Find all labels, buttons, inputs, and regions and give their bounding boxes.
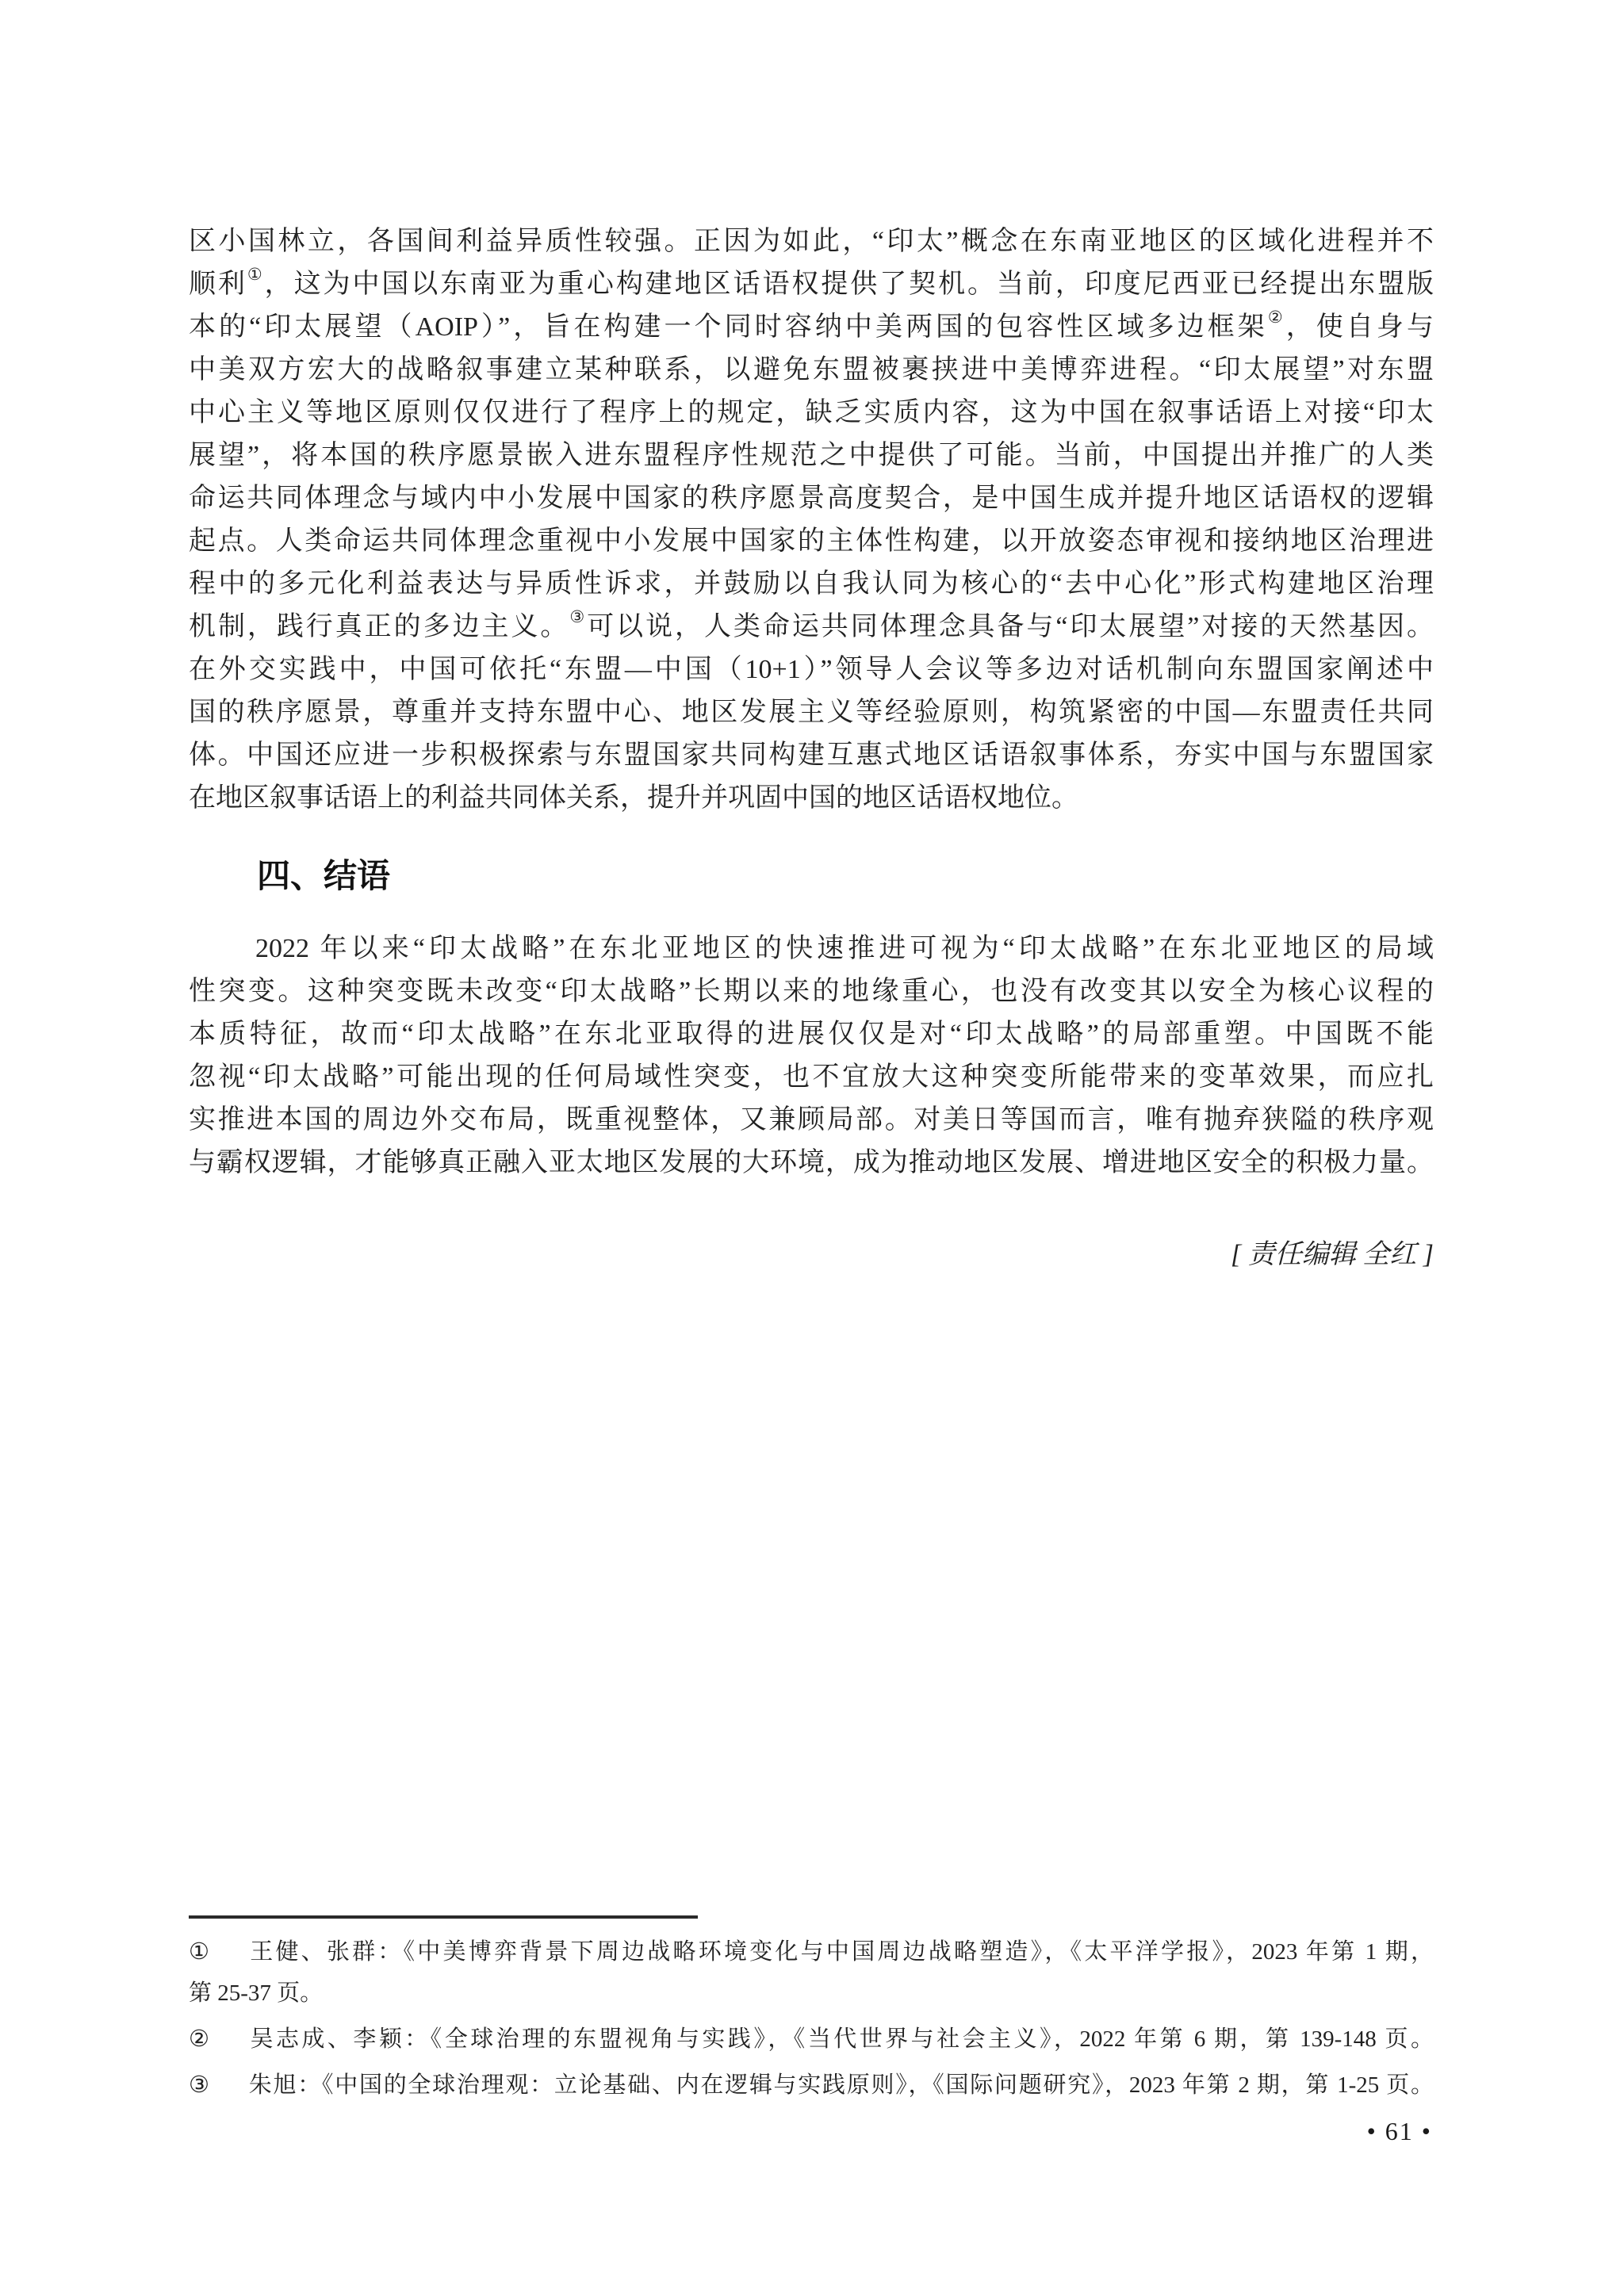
footnote-marker: ③ <box>189 2064 247 2106</box>
page-number: • 61 • <box>1367 2112 1432 2150</box>
footnote-ref: ② <box>1268 308 1286 327</box>
paragraph-2: 2022 年以来“印太战略”在东北亚地区的快速推进可视为“印太战略”在东北亚地区… <box>189 928 1434 1184</box>
footnotes-section: ①王健、张群：《中美博弈背景下周边战略环境变化与中国周边战略塑造》，《太平洋学报… <box>189 1915 1434 2110</box>
body-line: 程中的多元化利益表达与异质性诉求，并鼓励以自我认同为核心的“去中心化”形式构建地… <box>189 563 1434 606</box>
footnote-line: ②吴志成、李颖：《全球治理的东盟视角与实践》，《当代世界与社会主义》，2022 … <box>189 2019 1434 2060</box>
footnote-entry: ③朱旭：《中国的全球治理观：立论基础、内在逻辑与实践原则》，《国际问题研究》，2… <box>189 2064 1434 2106</box>
editor-note: [ 责任编辑 全红 ] <box>189 1234 1434 1276</box>
footnote-ref: ① <box>247 265 265 284</box>
body-line: 起点。人类命运共同体理念重视中小发展中国家的主体性构建，以开放姿态审视和接纳地区… <box>189 520 1434 563</box>
body-line: 中美双方宏大的战略叙事建立某种联系，以避免东盟被裹挟进中美博弈进程。“印太展望”… <box>189 349 1434 392</box>
body-line: 区小国林立，各国间利益异质性较强。正因为如此，“印太”概念在东南亚地区的区域化进… <box>189 220 1434 263</box>
body-line: 体。中国还应进一步积极探索与东盟国家共同构建互惠式地区话语叙事体系，夯实中国与东… <box>189 734 1434 777</box>
footnote-separator <box>189 1915 698 1919</box>
body-line: 忽视“印太战略”可能出现的任何局域性突变，也不宜放大这种突变所能带来的变革效果，… <box>189 1056 1434 1099</box>
main-text: 区小国林立，各国间利益异质性较强。正因为如此，“印太”概念在东南亚地区的区域化进… <box>189 220 1434 1276</box>
body-line: 中心主义等地区原则仅仅进行了程序上的规定，缺乏实质内容，这为中国在叙事话语上对接… <box>189 392 1434 434</box>
body-line: 顺利①，这为中国以东南亚为重心构建地区话语权提供了契机。当前，印度尼西亚已经提出… <box>189 263 1434 306</box>
body-line: 本质特征，故而“印太战略”在东北亚取得的进展仅仅是对“印太战略”的局部重塑。中国… <box>189 1013 1434 1056</box>
footnote-ref: ③ <box>569 607 587 626</box>
footnote-line: 第 25-37 页。 <box>189 1973 1434 2014</box>
body-line: 与霸权逻辑，才能够真正融入亚太地区发展的大环境，成为推动地区发展、增进地区安全的… <box>189 1142 1434 1184</box>
body-line: 性突变。这种突变既未改变“印太战略”长期以来的地缘重心，也没有改变其以安全为核心… <box>189 970 1434 1013</box>
footnote-entry: ②吴志成、李颖：《全球治理的东盟视角与实践》，《当代世界与社会主义》，2022 … <box>189 2019 1434 2060</box>
footnote-entry: ①王健、张群：《中美博弈背景下周边战略环境变化与中国周边战略塑造》，《太平洋学报… <box>189 1931 1434 2014</box>
body-line: 展望”，将本国的秩序愿景嵌入进东盟程序性规范之中提供了可能。当前，中国提出并推广… <box>189 434 1434 477</box>
body-line: 命运共同体理念与域内中小发展中国家的秩序愿景高度契合，是中国生成并提升地区话语权… <box>189 477 1434 520</box>
footnote-marker: ② <box>189 2019 247 2060</box>
footnote-marker: ① <box>189 1931 247 1973</box>
paragraph-1: 区小国林立，各国间利益异质性较强。正因为如此，“印太”概念在东南亚地区的区域化进… <box>189 220 1434 820</box>
body-line: 实推进本国的周边外交布局，既重视整体，又兼顾局部。对美日等国而言，唯有抛弃狭隘的… <box>189 1099 1434 1142</box>
footnote-line: ③朱旭：《中国的全球治理观：立论基础、内在逻辑与实践原则》，《国际问题研究》，2… <box>189 2064 1434 2106</box>
footnote-line: ①王健、张群：《中美博弈背景下周边战略环境变化与中国周边战略塑造》，《太平洋学报… <box>189 1931 1434 1973</box>
footnote-list: ①王健、张群：《中美博弈背景下周边战略环境变化与中国周边战略塑造》，《太平洋学报… <box>189 1931 1434 2106</box>
body-line: 在地区叙事话语上的利益共同体关系，提升并巩固中国的地区话语权地位。 <box>189 777 1434 820</box>
section-heading: 四、结语 <box>189 853 1434 899</box>
body-line: 2022 年以来“印太战略”在东北亚地区的快速推进可视为“印太战略”在东北亚地区… <box>189 928 1434 970</box>
body-line: 国的秩序愿景，尊重并支持东盟中心、地区发展主义等经验原则，构筑紧密的中国—东盟责… <box>189 691 1434 734</box>
body-line: 本的“印太展望（AOIP）”，旨在构建一个同时容纳中美两国的包容性区域多边框架②… <box>189 306 1434 349</box>
document-page: 区小国林立，各国间利益异质性较强。正因为如此，“印太”概念在东南亚地区的区域化进… <box>0 0 1624 2296</box>
body-line: 在外交实践中，中国可依托“东盟—中国（10+1）”领导人会议等多边对话机制向东盟… <box>189 649 1434 691</box>
body-line: 机制，践行真正的多边主义。③可以说，人类命运共同体理念具备与“印太展望”对接的天… <box>189 606 1434 649</box>
